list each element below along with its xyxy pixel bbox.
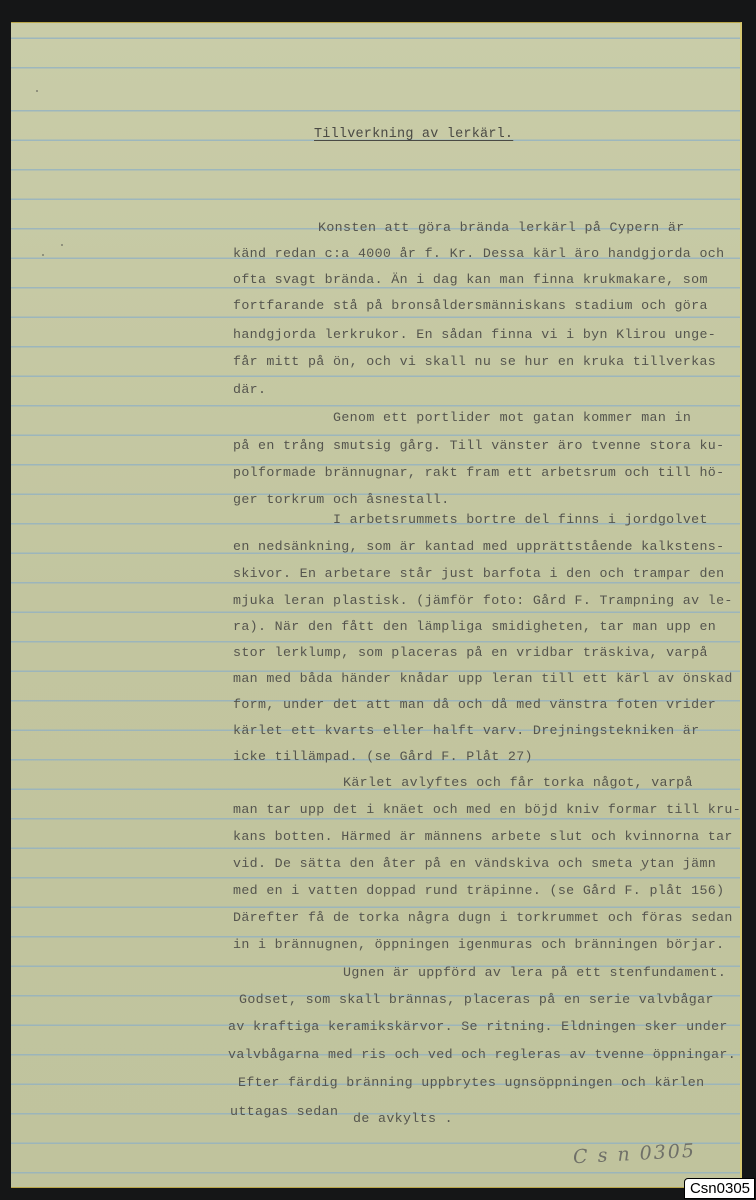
paper-speck [61, 244, 63, 246]
text-line: får mitt på ön, och vi skall nu se hur e… [233, 354, 716, 369]
text-line: I arbetsrummets bortre del finns i jordg… [333, 512, 708, 527]
text-line: med en i vatten doppad rund träpinne. (s… [233, 883, 724, 898]
text-line: vid. De sätta den åter på en vändskiva o… [233, 856, 716, 871]
paper-speck [36, 90, 38, 92]
text-line: mjuka leran plastisk. (jämför foto: Gård… [233, 593, 733, 608]
text-line: skivor. En arbetare står just barfota i … [233, 566, 724, 581]
text-line: handgjorda lerkrukor. En sådan finna vi … [233, 327, 716, 342]
paper-speck [42, 254, 44, 256]
text-line: Ugnen är uppförd av lera på ett stenfund… [343, 965, 726, 980]
text-line: ger torkrum och åsnestall. [233, 492, 450, 507]
paper-speck [640, 869, 642, 871]
archive-id-label: Csn0305 [684, 1178, 755, 1199]
text-line: Konsten att göra brända lerkärl på Cyper… [318, 220, 685, 235]
document-title: Tillverkning av lerkärl. [314, 127, 513, 142]
text-line: Därefter få de torka några dugn i torkru… [233, 910, 733, 925]
text-line: de avkylts . [353, 1111, 453, 1126]
document-page: Tillverkning av lerkärl. Konsten att gör… [11, 22, 742, 1188]
text-line: stor lerklump, som placeras på en vridba… [233, 645, 708, 660]
text-line: Genom ett portlider mot gatan kommer man… [333, 410, 691, 425]
text-line: ofta svagt brända. Än i dag kan man finn… [233, 272, 708, 287]
text-line: ra). När den fått den lämpliga smidighet… [233, 619, 716, 634]
text-line: uttagas sedan [230, 1104, 338, 1119]
text-line: på en trång smutsig gårg. Till vänster ä… [233, 438, 724, 453]
text-line: polformade brännugnar, rakt fram ett arb… [233, 465, 724, 480]
title-text: Tillverkning av lerkärl. [314, 127, 513, 142]
handwritten-archive-number: C s n 0305 [573, 1140, 697, 1168]
text-line: form, under det att man då och då med vä… [233, 697, 716, 712]
text-line: Godset, som skall brännas, placeras på e… [239, 992, 714, 1007]
text-line: känd redan c:a 4000 år f. Kr. Dessa kärl… [233, 246, 724, 261]
text-line: kärlet ett kvarts eller halft varv. Drej… [233, 723, 699, 738]
text-line: där. [233, 382, 266, 397]
text-line: en nedsänkning, som är kantad med upprät… [233, 539, 724, 554]
text-line: Efter färdig bränning uppbrytes ugnsöppn… [238, 1075, 704, 1090]
text-line: in i brännugnen, öppningen igenmuras och… [233, 937, 724, 952]
text-line: fortfarande stå på bronsåldersmänniskans… [233, 298, 708, 313]
text-line: av kraftiga keramikskärvor. Se ritning. … [228, 1019, 728, 1034]
text-line: man med båda händer knådar upp leran til… [233, 671, 733, 686]
text-line: man tar upp det i knäet och med en böjd … [233, 802, 741, 817]
text-line: kans botten. Härmed är männens arbete sl… [233, 829, 733, 844]
text-line: Kärlet avlyftes och får torka något, var… [343, 775, 693, 790]
text-line: valvbågarna med ris och ved och regleras… [228, 1047, 736, 1062]
text-line: icke tillämpad. (se Gård F. Plåt 27) [233, 749, 533, 764]
